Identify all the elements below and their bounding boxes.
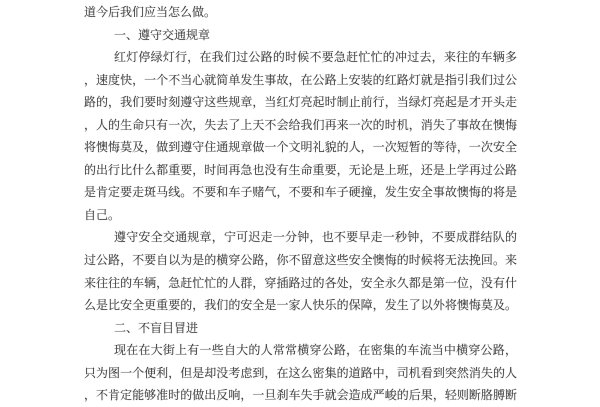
document-line: 路的，我们要时刻遵守这些规章，当红灯亮起时制止前行，当绿灯亮起是才开头走 <box>84 91 517 114</box>
document-text-block: 道今后我们应当怎么做。 一、遵守交通规章 红灯停绿灯行，在我们过公路的时候不要急… <box>84 1 517 400</box>
section-heading: 一、遵守交通规章 <box>84 24 517 47</box>
document-line: ，人的生命只有一次，失去了上天不会给我们再来一次的时机，消失了事故在懊悔 <box>84 114 517 137</box>
document-page: 道今后我们应当怎么做。 一、遵守交通规章 红灯停绿灯行，在我们过公路的时候不要急… <box>0 0 600 400</box>
document-line: 将懊悔莫及，做到遵守住通规章做一个文明礼貌的人，一次短暂的等待，一次安全 <box>84 136 517 159</box>
document-line: 么是比安全更重要的，我们的安全是一家人快乐的保障，发生了以外将懊悔莫及。 <box>84 294 517 317</box>
document-line: 只为图一个便利，但是却没考虑到，在这么密集的道路中，司机看到突然消失的人 <box>84 362 517 385</box>
document-line: 是肯定要走斑马线。不要和车子赌气，不要和车子硬撞，发生安全事故懊悔的将是 <box>84 181 517 204</box>
document-line: ，不肯定能够准时的做出反响，一旦刹车失手就会造成严峻的后果，轻则断胳膊断 <box>84 384 517 400</box>
document-line: 过公路，不要自以为是的横穿公路，你不留意这些安全懊悔的时候将无法挽回。来 <box>84 249 517 272</box>
document-line: 的出行比什么都重要，时间再急也没有生命重要，无论是上班，还是上学再过公路 <box>84 159 517 182</box>
document-line: 道今后我们应当怎么做。 <box>84 1 517 24</box>
document-line: 遵守安全交通规章，宁可迟走一分钟，也不要早走一秒钟，不要成群结队的 <box>84 226 517 249</box>
document-line: 自己。 <box>84 204 517 227</box>
document-line: 红灯停绿灯行，在我们过公路的时候不要急赶忙忙的冲过去，来往的车辆多 <box>84 46 517 69</box>
document-line: 来往往的车辆，急赶忙忙的人群，穿插路过的各处，安全永久都是第一位，没有什 <box>84 272 517 295</box>
section-heading: 二、不盲目冒进 <box>84 317 517 340</box>
document-line: ，速度快，一个不当心就简单发生事故，在公路上安装的红路灯就是指引我们过公 <box>84 69 517 92</box>
document-line: 现在在大街上有一些自大的人常常横穿公路，在密集的车流当中横穿公路， <box>84 339 517 362</box>
